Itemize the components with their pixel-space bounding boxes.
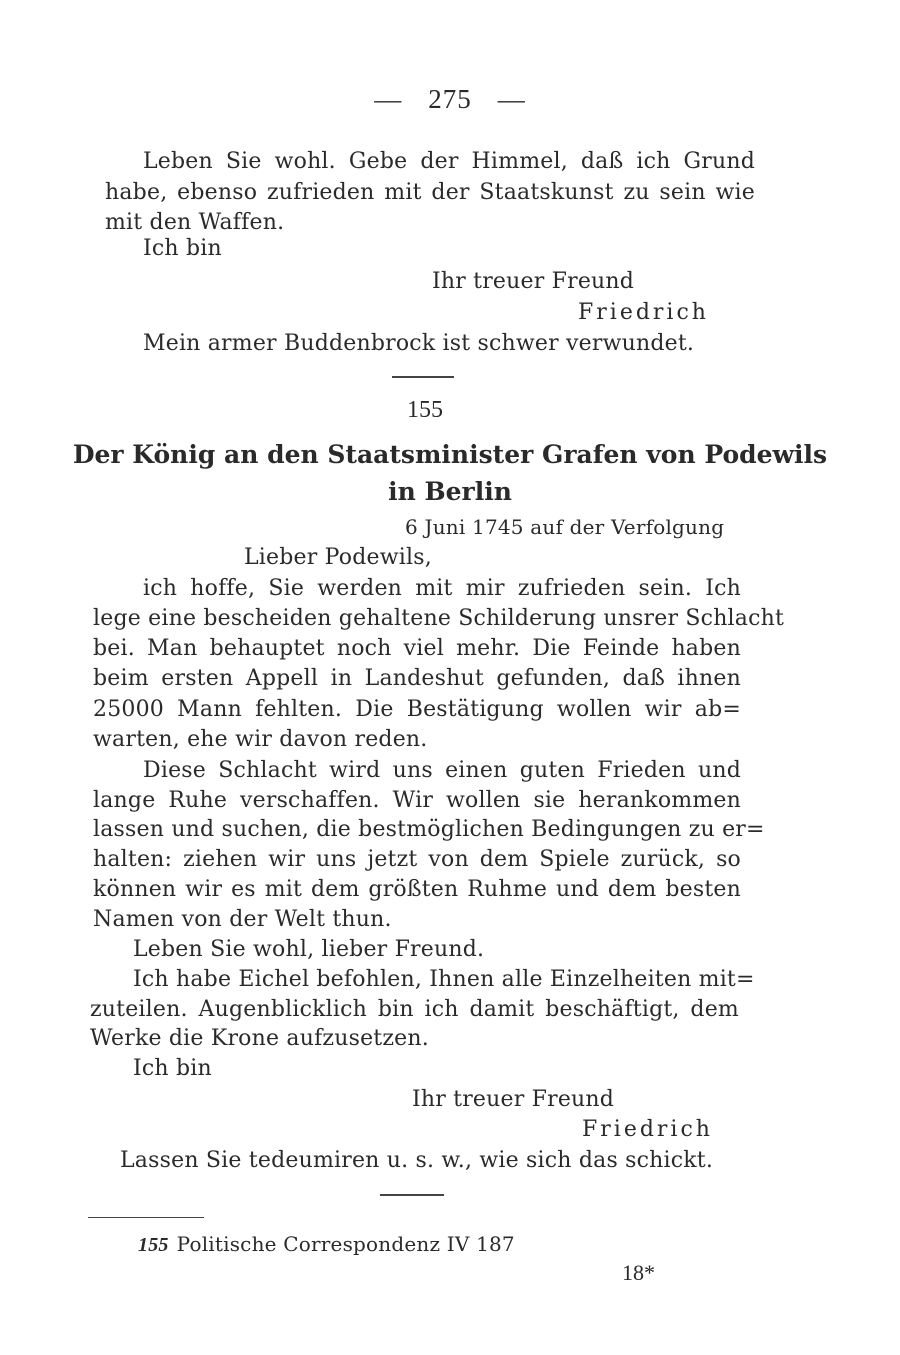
postscript: Lassen Sie tedeumiren u. s. w., wie sich… [120,1146,713,1176]
text-line: lange Ruhe verschaffen. Wir wollen sie h… [93,786,741,816]
signature: Friedrich [578,298,709,328]
footnote-text: Politische Correspondenz IV 187 [177,1232,515,1256]
signature-mark: 18* [622,1260,655,1286]
footnote-number: 155 [138,1234,169,1256]
section-divider [380,1194,444,1196]
text-line: können wir es mit dem größten Ruhme und … [93,875,741,905]
text-line: Namen von der Welt thun. [93,905,392,935]
letter-title-line2: in Berlin [0,475,900,509]
signature: Friedrich [582,1115,713,1145]
text-line: Ich habe Eichel befohlen, Ihnen alle Ein… [133,965,739,995]
header-dash-right: — [498,84,526,115]
paragraph-3: Leben Sie wohl, lieber Freund. [133,935,484,965]
page-header: —275— [0,84,900,115]
text-line: lassen und suchen, die bestmöglichen Bed… [93,815,741,845]
text-line: halten: ziehen wir uns jetzt von dem Spi… [93,845,741,875]
text-line: beim ersten Appell in Landeshut gefunden… [93,664,741,694]
section-divider [392,376,454,378]
text-line: Diese Schlacht wird uns einen guten Frie… [143,756,741,786]
book-page: —275— Leben Sie wohl. Gebe der Himmel, d… [0,0,900,1355]
valediction: Ihr treuer Freund [432,267,634,297]
text-line: warten, ehe wir davon reden. [93,725,428,755]
text-line: Werke die Krone aufzusetzen. [90,1024,429,1054]
closing: Ich bin [133,1054,212,1084]
dateline: 6 Juni 1745 auf der Verfolgung [405,512,724,542]
text-line: zuteilen. Augenblicklich bin ich damit b… [90,995,739,1025]
salutation: Lieber Podewils, [244,543,432,573]
text-line: Leben Sie wohl. Gebe der Himmel, daß ich… [143,147,755,177]
footnote: 155Politische Correspondenz IV 187 [138,1229,515,1260]
text-line: 25000 Mann fehlten. Die Bestätigung woll… [93,695,741,725]
header-dash-left: — [374,84,402,115]
text-line: lege eine bescheiden gehaltene Schilderu… [93,604,741,634]
closing: Ich bin [143,234,222,264]
letter-title-line1: Der König an den Staatsminister Grafen v… [0,438,900,472]
page-number: 275 [428,84,472,114]
valediction: Ihr treuer Freund [412,1085,614,1115]
footnote-rule [88,1217,204,1218]
text-line: bei. Man behauptet noch viel mehr. Die F… [93,634,741,664]
postscript: Mein armer Buddenbrock ist schwer verwun… [143,329,694,359]
text-line: habe, ebenso zufrieden mit der Staatskun… [105,178,755,208]
letter-number: 155 [0,397,850,424]
text-line: ich hoffe, Sie werden mit mir zufrieden … [143,574,741,604]
